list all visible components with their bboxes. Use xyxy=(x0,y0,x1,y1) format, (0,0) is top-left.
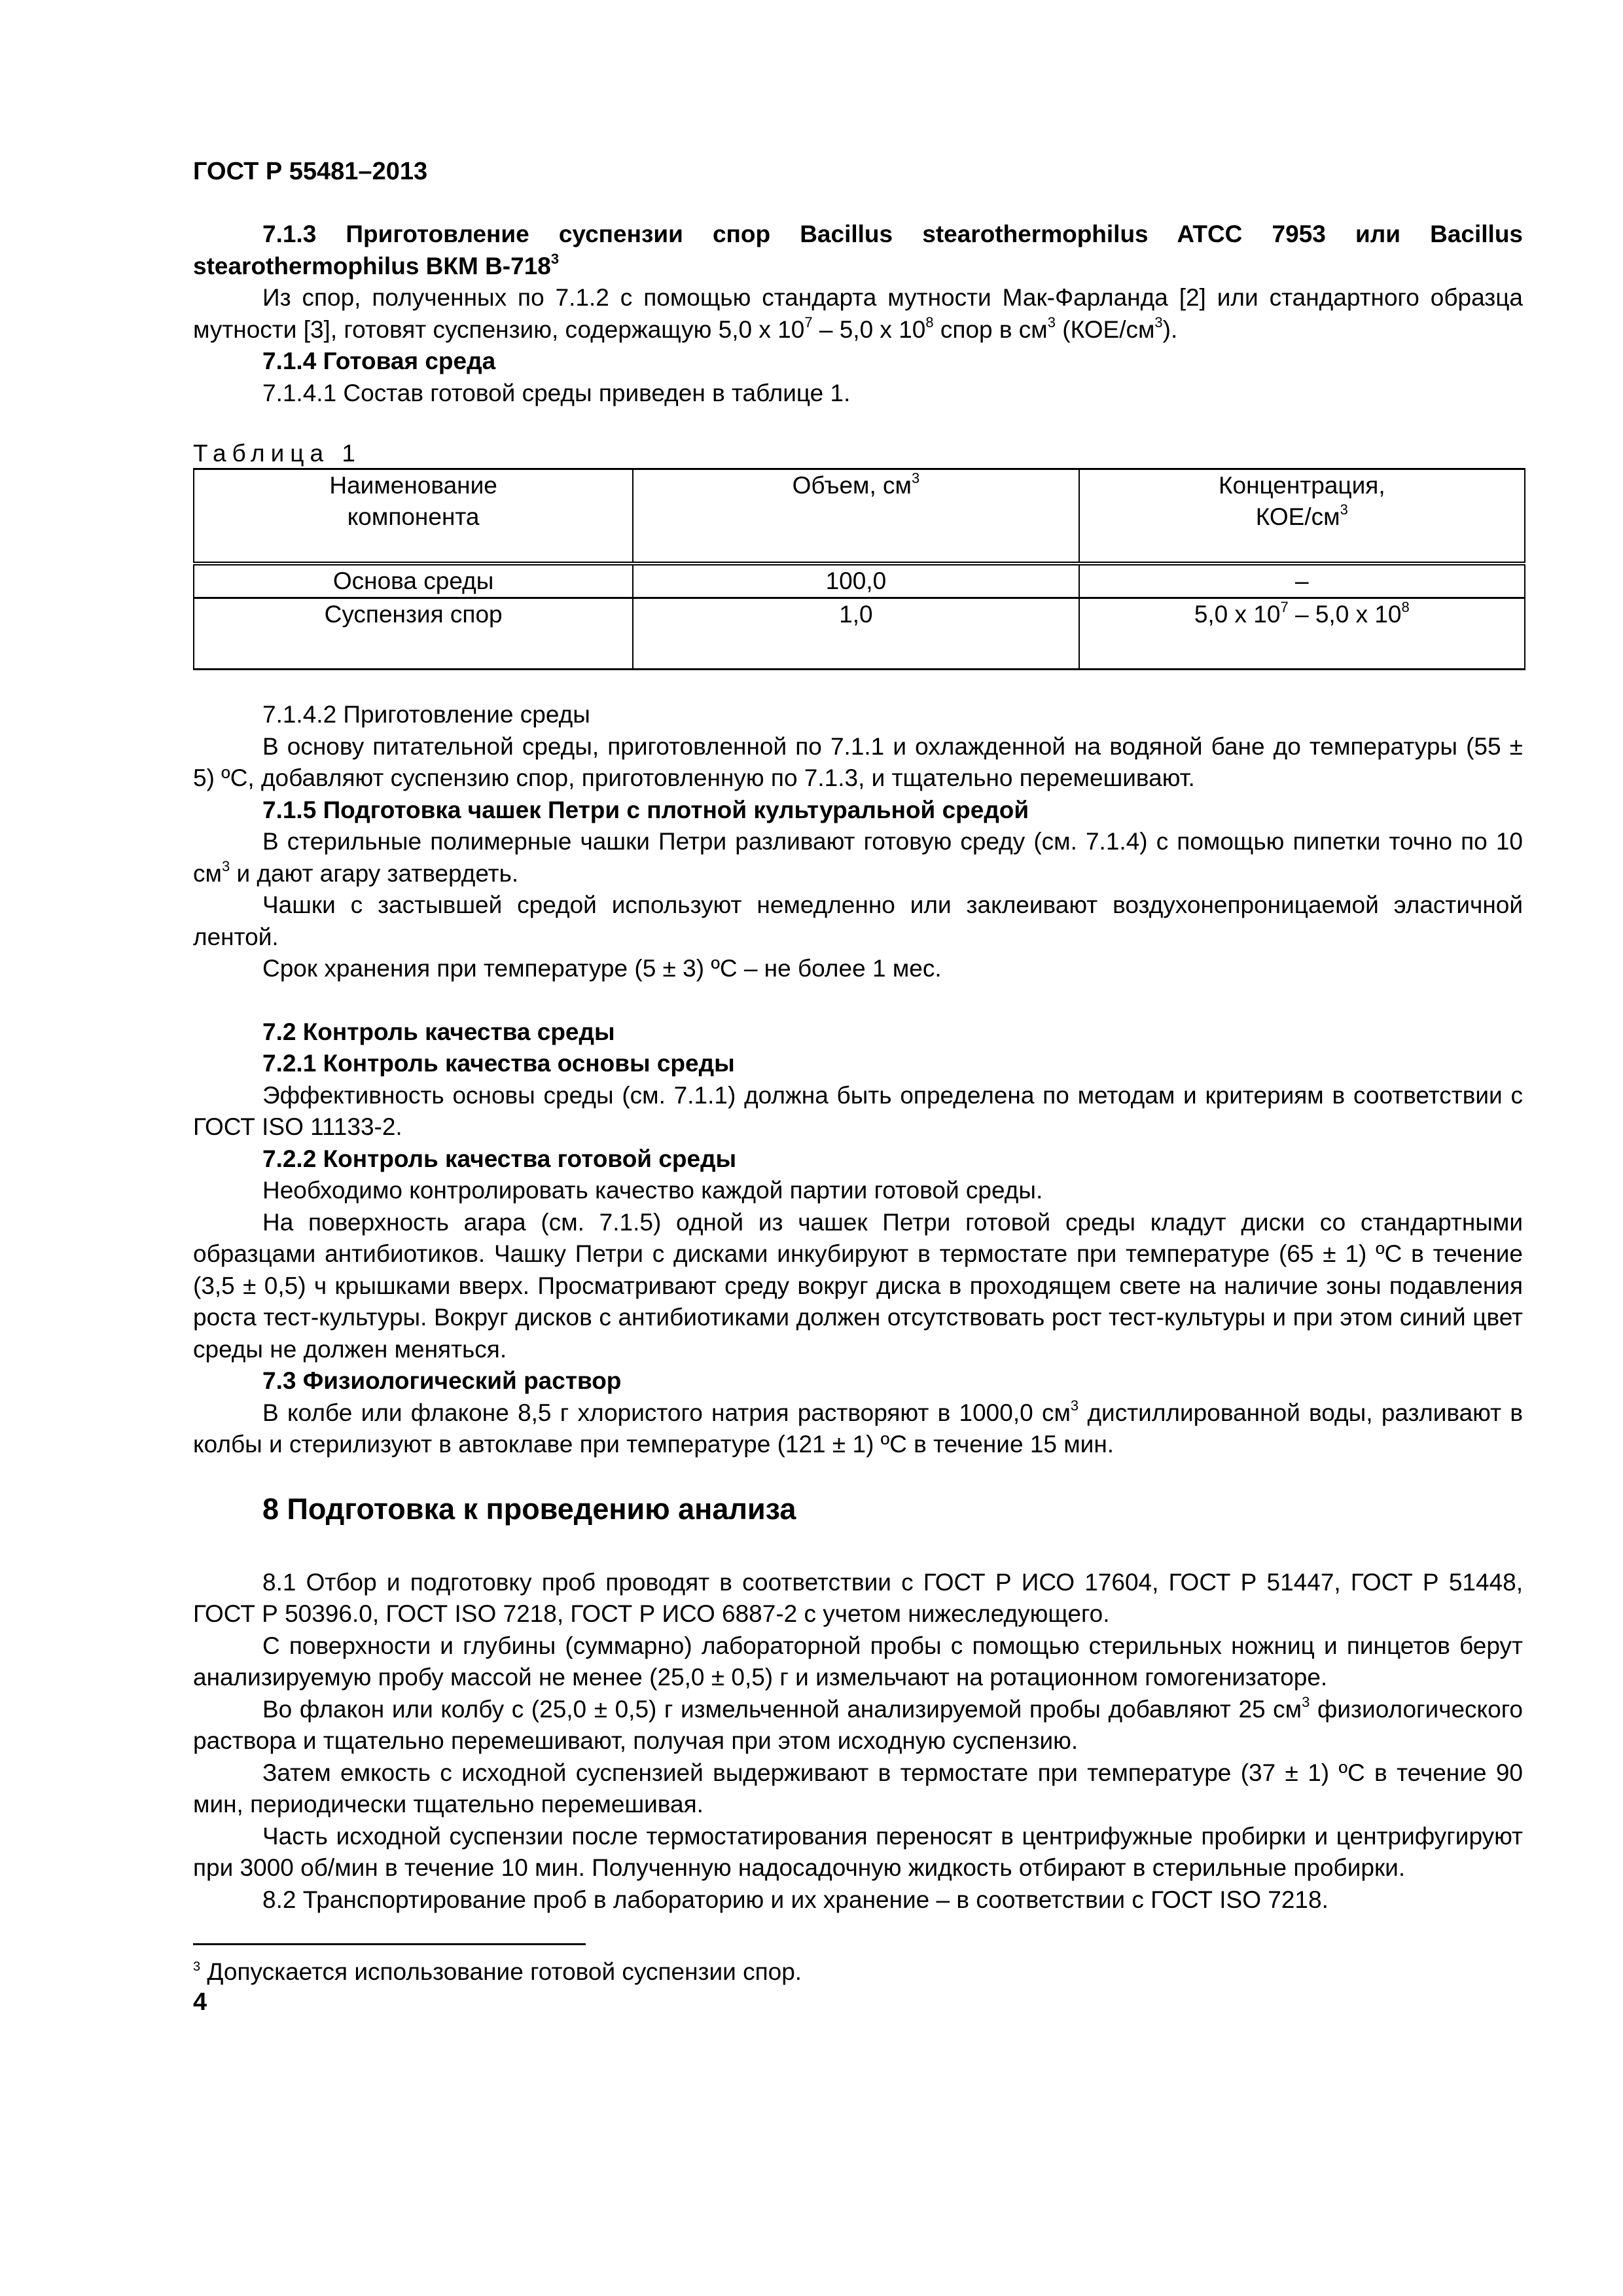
section-8-paragraph-4: Затем емкость с исходной суспензией выде… xyxy=(193,1757,1523,1821)
composition-table: Наименованиекомпонента Объем, см3 Концен… xyxy=(193,468,1525,670)
table-row: Основа среды 100,0 – xyxy=(194,564,1525,598)
header-component-name: Наименованиекомпонента xyxy=(194,469,633,564)
cell-volume: 100,0 xyxy=(633,564,1079,598)
section-7-2-1-paragraph: Эффективность основы среды (см. 7.1.1) д… xyxy=(193,1080,1523,1143)
header-text: компонента xyxy=(348,503,480,530)
section-7-1-4-2-paragraph: В основу питательной среды, приготовленн… xyxy=(193,731,1523,795)
cell-volume: 1,0 xyxy=(633,598,1079,670)
text-run: – 5,0 x 10 xyxy=(1289,601,1402,628)
header-text: Объем, см xyxy=(793,472,912,499)
text-run: – 5,0 x 10 xyxy=(813,316,926,343)
cell-concentration: 5,0 x 107 – 5,0 x 108 xyxy=(1079,598,1525,670)
footnote-text: Допускается использование готовой суспен… xyxy=(200,1958,802,1985)
section-7-1-5-paragraph-2: Чашки с застывшей средой используют неме… xyxy=(193,889,1523,953)
exponent: 3 xyxy=(1302,1694,1310,1710)
header-volume: Объем, см3 xyxy=(633,469,1079,564)
table-header-row: Наименованиекомпонента Объем, см3 Концен… xyxy=(194,469,1525,564)
text-run: Во флакон или колбу с (25,0 ± 0,5) г изм… xyxy=(262,1696,1302,1723)
footnote: 3 Допускается использование готовой сусп… xyxy=(193,1957,1523,1987)
exponent: 7 xyxy=(804,314,812,331)
page-number: 4 xyxy=(193,1987,1523,2017)
section-7-2-heading: 7.2 Контроль качества среды xyxy=(193,1016,1523,1049)
section-7-2-2-heading: 7.2.2 Контроль качества готовой среды xyxy=(193,1143,1523,1175)
exponent: 3 xyxy=(222,858,230,874)
cell-component: Основа среды xyxy=(194,564,633,598)
exponent: 3 xyxy=(1071,1397,1079,1414)
section-7-1-3-paragraph: Из спор, полученных по 7.1.2 с помощью с… xyxy=(193,282,1523,346)
section-8-paragraph-2: С поверхности и глубины (суммарно) лабор… xyxy=(193,1630,1523,1694)
spacer xyxy=(193,985,1523,1016)
header-concentration: Концентрация,КОЕ/см3 xyxy=(1079,469,1525,564)
section-8-paragraph-5: Часть исходной суспензии после термостат… xyxy=(193,1821,1523,1884)
section-8-heading: 8 Подготовка к проведению анализа xyxy=(193,1492,1523,1526)
section-7-1-5-heading: 7.1.5 Подготовка чашек Петри с плотной к… xyxy=(193,795,1523,827)
header-text: КОЕ/см xyxy=(1256,503,1340,530)
cell-component: Суспензия спор xyxy=(194,598,633,670)
text-run: В колбе или флаконе 8,5 г хлористого нат… xyxy=(262,1399,1071,1426)
text-run: спор в см xyxy=(934,316,1048,343)
section-7-1-4-2-heading: 7.1.4.2 Приготовление среды xyxy=(193,699,1523,731)
exponent: 8 xyxy=(925,314,933,331)
exponent: 8 xyxy=(1402,599,1410,615)
table-row: Суспензия спор 1,0 5,0 x 107 – 5,0 x 108 xyxy=(194,598,1525,670)
section-7-1-4-heading: 7.1.4 Готовая среда xyxy=(193,346,1523,378)
exponent: 3 xyxy=(1154,314,1162,331)
header-text: Концентрация, xyxy=(1219,472,1385,499)
exponent: 3 xyxy=(1048,314,1056,331)
footnote-ref[interactable]: 3 xyxy=(551,251,559,267)
section-8-2-paragraph: 8.2 Транспортирование проб в лабораторию… xyxy=(193,1884,1523,1916)
table-caption: Таблица 1 xyxy=(193,439,1523,468)
heading-text: 7.1.3 Приготовление суспензии спор Bacil… xyxy=(193,221,1523,279)
text-run: 5,0 x 10 xyxy=(1194,601,1281,628)
cell-concentration: – xyxy=(1079,564,1525,598)
text-run: (КОЕ/см xyxy=(1056,316,1154,343)
section-7-2-1-heading: 7.2.1 Контроль качества основы среды xyxy=(193,1048,1523,1080)
header-text: Наименование xyxy=(329,472,497,499)
section-7-1-5-paragraph-3: Срок хранения при температуре (5 ± 3) ºС… xyxy=(193,953,1523,985)
section-7-2-2-paragraph-1: Необходимо контролировать качество каждо… xyxy=(193,1175,1523,1207)
spacer xyxy=(193,670,1523,699)
document-code-header: ГОСТ Р 55481–2013 xyxy=(193,156,1523,187)
section-8-paragraph-3: Во флакон или колбу с (25,0 ± 0,5) г изм… xyxy=(193,1694,1523,1757)
document-page: ГОСТ Р 55481–2013 7.1.3 Приготовление су… xyxy=(193,156,1523,2017)
section-7-1-5-paragraph-1: В стерильные полимерные чашки Петри разл… xyxy=(193,826,1523,889)
section-7-2-2-paragraph-2: На поверхность агара (см. 7.1.5) одной и… xyxy=(193,1207,1523,1366)
text-run: и дают агару затвердеть. xyxy=(230,860,518,887)
section-7-1-3-heading: 7.1.3 Приготовление суспензии спор Bacil… xyxy=(193,219,1523,282)
exponent: 3 xyxy=(1340,501,1348,518)
section-7-3-heading: 7.3 Физиологический раствор xyxy=(193,1365,1523,1397)
section-7-3-paragraph: В колбе или флаконе 8,5 г хлористого нат… xyxy=(193,1397,1523,1461)
exponent: 7 xyxy=(1280,599,1288,615)
footnote-mark: 3 xyxy=(193,1960,200,1974)
exponent: 3 xyxy=(912,470,919,486)
section-7-1-4-1-paragraph: 7.1.4.1 Состав готовой среды приведен в … xyxy=(193,378,1523,410)
text-run: ). xyxy=(1163,316,1178,343)
footnote-divider xyxy=(193,1943,586,1945)
section-8-1-paragraph: 8.1 Отбор и подготовку проб проводят в с… xyxy=(193,1567,1523,1630)
